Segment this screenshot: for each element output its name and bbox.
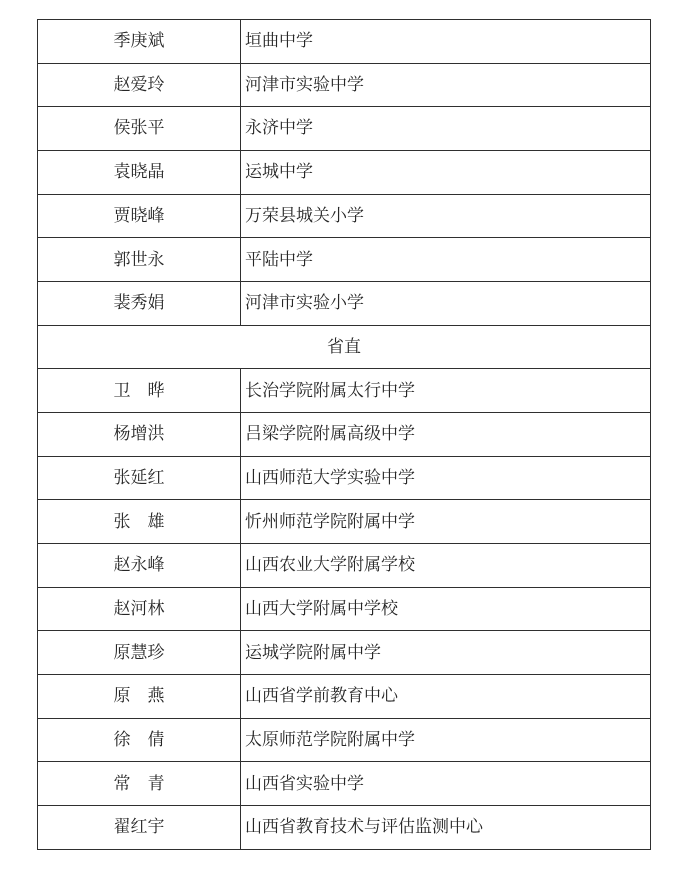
school-name: 河津市实验中学 [241,63,651,107]
document-page: 季庚斌 垣曲中学 赵爱玲 河津市实验中学 侯张平 永济中学 袁晓晶 运城中学 贾… [0,0,686,871]
table-row: 侯张平 永济中学 [38,107,651,151]
teacher-name: 贾晓峰 [38,194,241,238]
table-row: 赵爱玲 河津市实验中学 [38,63,651,107]
table-row: 徐 倩 太原师范学院附属中学 [38,718,651,762]
school-name: 山西省实验中学 [241,762,651,806]
table-row: 卫 晔 长治学院附属太行中学 [38,369,651,413]
teacher-name: 杨增洪 [38,413,241,457]
school-name: 忻州师范学院附属中学 [241,500,651,544]
table-row: 郭世永 平陆中学 [38,238,651,282]
teacher-name: 袁晓晶 [38,151,241,195]
school-name: 山西农业大学附属学校 [241,544,651,588]
teacher-name: 原 燕 [38,675,241,719]
school-name: 永济中学 [241,107,651,151]
teacher-name: 张延红 [38,456,241,500]
section-label: 省直 [38,325,651,369]
table-row: 张延红 山西师范大学实验中学 [38,456,651,500]
school-name: 万荣县城关小学 [241,194,651,238]
school-name: 运城中学 [241,151,651,195]
table-row: 赵河林 山西大学附属中学校 [38,587,651,631]
school-name: 山西师范大学实验中学 [241,456,651,500]
school-name: 河津市实验小学 [241,282,651,326]
table-row: 张 雄 忻州师范学院附属中学 [38,500,651,544]
school-name: 太原师范学院附属中学 [241,718,651,762]
teacher-name: 赵爱玲 [38,63,241,107]
table-row: 贾晓峰 万荣县城关小学 [38,194,651,238]
school-name: 山西省学前教育中心 [241,675,651,719]
school-name: 山西大学附属中学校 [241,587,651,631]
school-name: 垣曲中学 [241,20,651,64]
teacher-name: 徐 倩 [38,718,241,762]
teacher-name: 翟红宇 [38,806,241,850]
table-row: 原慧珍 运城学院附属中学 [38,631,651,675]
teacher-name: 侯张平 [38,107,241,151]
roster-table: 季庚斌 垣曲中学 赵爱玲 河津市实验中学 侯张平 永济中学 袁晓晶 运城中学 贾… [37,19,651,850]
table-row: 杨增洪 吕梁学院附属高级中学 [38,413,651,457]
teacher-name: 原慧珍 [38,631,241,675]
teacher-name: 赵河林 [38,587,241,631]
teacher-name: 季庚斌 [38,20,241,64]
teacher-name: 郭世永 [38,238,241,282]
teacher-name: 赵永峰 [38,544,241,588]
table-row: 常 青 山西省实验中学 [38,762,651,806]
table-row: 裴秀娟 河津市实验小学 [38,282,651,326]
table-row: 翟红宇 山西省教育技术与评估监测中心 [38,806,651,850]
table-row: 季庚斌 垣曲中学 [38,20,651,64]
teacher-name: 裴秀娟 [38,282,241,326]
school-name: 山西省教育技术与评估监测中心 [241,806,651,850]
table-row: 赵永峰 山西农业大学附属学校 [38,544,651,588]
table-row: 袁晓晶 运城中学 [38,151,651,195]
section-header-row: 省直 [38,325,651,369]
teacher-name: 张 雄 [38,500,241,544]
teacher-name: 常 青 [38,762,241,806]
school-name: 平陆中学 [241,238,651,282]
school-name: 吕梁学院附属高级中学 [241,413,651,457]
teacher-name: 卫 晔 [38,369,241,413]
school-name: 运城学院附属中学 [241,631,651,675]
roster-table-body: 季庚斌 垣曲中学 赵爱玲 河津市实验中学 侯张平 永济中学 袁晓晶 运城中学 贾… [38,20,651,850]
table-row: 原 燕 山西省学前教育中心 [38,675,651,719]
school-name: 长治学院附属太行中学 [241,369,651,413]
